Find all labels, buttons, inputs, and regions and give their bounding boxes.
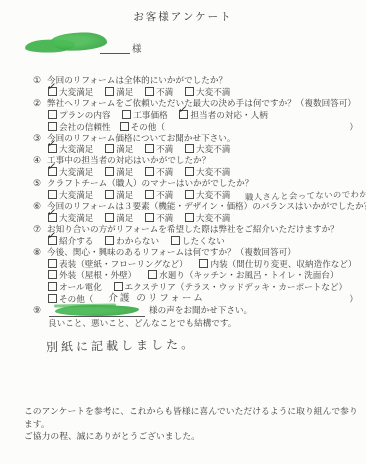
- option: 大変満足: [48, 145, 93, 155]
- question-number: ⑥: [33, 202, 47, 213]
- name-honorific: 様: [132, 41, 142, 55]
- options-row: 大変満足 満足 不満 大変不満 職人さんと会ってないのでわかりません: [48, 190, 366, 202]
- scanned-survey-sheet: お客様アンケート 様 ①今回のリフォームは全体的にいかがでしたか？ 大変満足 満…: [0, 0, 366, 464]
- checkbox: [105, 236, 114, 245]
- closing-message: このアンケートを参考に、これからも皆様に喜んでいただけるように取り組んで参ります…: [24, 406, 360, 444]
- question-number: ⑤: [33, 179, 47, 190]
- option-label: 不満: [156, 191, 173, 201]
- checkbox: [48, 213, 57, 222]
- checkbox: [105, 213, 114, 222]
- question-text: 様の声をお聞かせ下さい。: [149, 306, 252, 317]
- checkbox: [148, 270, 157, 279]
- respondent-name-redaction: [55, 305, 139, 317]
- option-label: 不満: [156, 168, 173, 178]
- option-label: 紹介する: [59, 237, 93, 247]
- question-subtext: 良いこと、悪いこと、どんなことでも結構です。: [48, 319, 366, 330]
- question-text: 今回のリフォーム価格についてお聞かせ下さい。: [47, 134, 235, 144]
- option-label: 満足: [116, 88, 133, 98]
- option: 大変満足: [48, 168, 93, 178]
- name-underline: [49, 316, 145, 317]
- checkbox: [145, 87, 154, 96]
- redaction-blob: [51, 32, 108, 52]
- options-row: 大変満足 満足 不満 大変不満: [48, 144, 366, 156]
- option: 不満: [145, 145, 173, 155]
- option-label: 不満: [156, 145, 173, 155]
- option-label: 満足: [116, 214, 133, 224]
- checkbox: [48, 270, 57, 279]
- question-number: ⑧: [33, 248, 47, 259]
- question-number: ④: [33, 156, 47, 167]
- question-text: 今後、関心・興味のあるリフォームは何ですか？（複数回答可）: [47, 248, 296, 258]
- option: 満足: [105, 88, 133, 98]
- option: 不満: [145, 214, 173, 224]
- options-row: 大変満足 満足 不満 大変不満: [48, 213, 366, 225]
- question-number: ⑦: [33, 225, 47, 236]
- option-label: 不満: [156, 214, 173, 224]
- options-row: 外装（屋根・外壁） 水廻り（キッチン・お風呂・トイレ・洗面台）: [48, 270, 366, 282]
- checkbox: [185, 87, 194, 96]
- checkbox: [105, 190, 114, 199]
- checkbox: [145, 190, 154, 199]
- option: 不満: [145, 88, 173, 98]
- option: 大変不満: [185, 191, 230, 201]
- option: 満足: [105, 168, 133, 178]
- option-label: 内装（間仕切り変更、収納造作など）: [210, 260, 356, 270]
- option-label: 担当者の対応・人柄: [190, 111, 267, 121]
- option: 満足: [105, 214, 133, 224]
- checkbox: [185, 190, 194, 199]
- other-close-paren: ）: [349, 295, 358, 306]
- option-label: 大変不満: [196, 214, 230, 224]
- checkbox: [48, 87, 57, 96]
- question-4: ④工事中の担当者の対応はいかがでしたか？ 大変満足 満足 不満 大変不満: [0, 156, 366, 179]
- customer-name-line: 様: [0, 24, 366, 76]
- checkbox: [48, 167, 57, 176]
- checkbox: [145, 144, 154, 153]
- option-label: 大変不満: [196, 191, 230, 201]
- question-text: クラフトチーム（職人）のマナーはいかがでしたか？: [47, 179, 253, 189]
- option: その他（: [120, 122, 165, 134]
- option-label: 満足: [116, 145, 133, 155]
- option-label: 満足: [116, 168, 133, 178]
- option: 満足: [105, 191, 133, 201]
- option-label: プランの内容: [59, 111, 111, 121]
- option: 表装（壁紙・フローリングなど）: [48, 260, 188, 270]
- handwritten-other-value: 介護 のリフォーム: [108, 294, 205, 305]
- option-label: 不満: [156, 88, 173, 98]
- name-underline: [100, 53, 130, 54]
- options-row: 会社の信頼性 その他（ ）: [48, 122, 358, 134]
- question-number: ①: [33, 76, 47, 87]
- question-9: ⑨ 様の声をお聞かせ下さい。 良いこと、悪いこと、どんなことでも結構です。 別紙…: [0, 306, 366, 350]
- handwritten-note: 職人さんと会ってないのでわかりません: [245, 188, 366, 203]
- options-row: プランの内容 工事価格 担当者の対応・人柄: [48, 110, 366, 122]
- option-label: 工事価格: [133, 111, 167, 121]
- question-6: ⑥今回のリフォームは３要素（機能・デザイン・価格）のバランスはいかがでしたか？ …: [0, 202, 366, 225]
- checkbox: [48, 122, 57, 131]
- option: 会社の信頼性: [48, 122, 111, 134]
- option: 大変満足: [48, 191, 93, 201]
- option: 工事価格: [122, 111, 167, 121]
- option-label: 大変満足: [59, 168, 93, 178]
- option: 内装（間仕切り変更、収納造作など）: [199, 260, 356, 270]
- checkbox: [48, 190, 57, 199]
- question-3: ③今回のリフォーム価格についてお聞かせ下さい。 大変満足 満足 不満 大変不満: [0, 134, 366, 157]
- option: オール電化: [48, 283, 102, 293]
- checkbox: [185, 213, 194, 222]
- checkbox: [48, 110, 57, 119]
- option-label: わからない: [116, 237, 159, 247]
- checkbox: [48, 236, 57, 245]
- checkbox: [120, 122, 129, 131]
- option-label: 大変満足: [59, 191, 93, 201]
- option: 大変不満: [185, 214, 230, 224]
- options-row: 大変満足 満足 不満 大変不満: [48, 87, 366, 99]
- option: 大変不満: [185, 88, 230, 98]
- option-label: エクステリア（テラス・ウッドデッキ・カーポートなど）: [125, 283, 348, 293]
- question-text: 今回のリフォームは全体的にいかがでしたか？: [47, 76, 227, 86]
- question-number: ⑨: [33, 306, 47, 317]
- checkbox: [105, 144, 114, 153]
- options-row: オール電化 エクステリア（テラス・ウッドデッキ・カーポートなど）: [48, 282, 366, 294]
- checkbox: [48, 144, 57, 153]
- options-row: 表装（壁紙・フローリングなど） 内装（間仕切り変更、収納造作など）: [48, 259, 366, 271]
- option: 不満: [145, 168, 173, 178]
- handwritten-answer: 別紙に記載しました。: [46, 336, 366, 354]
- option: 大変満足: [48, 88, 93, 98]
- option-label: したくない: [182, 237, 225, 247]
- option-label: 表装（壁紙・フローリングなど）: [59, 260, 188, 270]
- option: わからない: [105, 237, 159, 247]
- question-text: 今回のリフォームは３要素（機能・デザイン・価格）のバランスはいかがでしたか？: [47, 202, 366, 212]
- survey-title: お客様アンケート: [0, 0, 366, 24]
- other-close-paren: ）: [349, 123, 358, 134]
- option: 外装（屋根・外壁）: [48, 271, 136, 281]
- question-8: ⑧今後、関心・興味のあるリフォームは何ですか？（複数回答可） 表装（壁紙・フロー…: [0, 248, 366, 307]
- checkbox: [114, 282, 123, 291]
- option-label: 大変不満: [196, 145, 230, 155]
- option: プランの内容: [48, 111, 111, 121]
- option: 大変不満: [185, 168, 230, 178]
- question-list: ①今回のリフォームは全体的にいかがでしたか？ 大変満足 満足 不満 大変不満 ②…: [0, 76, 366, 350]
- question-number: ③: [33, 134, 47, 145]
- option-label: 大変満足: [59, 145, 93, 155]
- option-label: 大変満足: [59, 214, 93, 224]
- question-5: ⑤クラフトチーム（職人）のマナーはいかがでしたか？ 大変満足 満足 不満 大変不…: [0, 179, 366, 202]
- checkbox: [122, 110, 131, 119]
- question-number: ②: [33, 99, 47, 110]
- checkbox: [185, 144, 194, 153]
- checkbox: [48, 282, 57, 291]
- question-1: ①今回のリフォームは全体的にいかがでしたか？ 大変満足 満足 不満 大変不満: [0, 76, 366, 99]
- question-text: 工事中の担当者の対応はいかがでしたか？: [47, 156, 210, 166]
- option: エクステリア（テラス・ウッドデッキ・カーポートなど）: [114, 283, 348, 293]
- question-2: ②弊社へリフォームをご依頼いただいた最大の決め手は何ですか？（複数回答可） プラ…: [0, 99, 366, 134]
- question-text: お知り合いの方がリフォームを希望した際は弊社をご紹介いただけますか？: [47, 225, 339, 235]
- option: 不満: [145, 191, 173, 201]
- option-label: オール電化: [59, 283, 102, 293]
- checkbox: [48, 294, 57, 303]
- checkbox: [145, 213, 154, 222]
- checkbox: [171, 236, 180, 245]
- question-text: 弊社へリフォームをご依頼いただいた最大の決め手は何ですか？（複数回答可）: [47, 99, 356, 109]
- checkbox: [105, 167, 114, 176]
- option: 水廻り（キッチン・お風呂・トイレ・洗面台）: [148, 271, 338, 281]
- option-label: 大変不満: [196, 88, 230, 98]
- closing-message-line2: ご協力の程、誠にありがとうございました。: [24, 431, 360, 444]
- option-label: 大変不満: [196, 168, 230, 178]
- closing-message-line1: このアンケートを参考に、これからも皆様に喜んでいただけるように取り組んで参ります…: [24, 406, 360, 431]
- options-row: 紹介する わからない したくない: [48, 236, 366, 248]
- option-label: 大変満足: [59, 88, 93, 98]
- checkbox: [145, 167, 154, 176]
- option: 大変満足: [48, 214, 93, 224]
- option-label: 外装（屋根・外壁）: [59, 271, 136, 281]
- checkbox: [179, 110, 188, 119]
- checkbox: [48, 259, 57, 268]
- checkbox: [185, 167, 194, 176]
- option-label: 会社の信頼性: [59, 123, 111, 133]
- checkbox: [105, 87, 114, 96]
- option-label: その他（: [131, 123, 165, 133]
- option: 満足: [105, 145, 133, 155]
- options-row: 大変満足 満足 不満 大変不満: [48, 167, 366, 179]
- option: 大変不満: [185, 145, 230, 155]
- option: 紹介する: [48, 237, 93, 247]
- checkbox: [199, 259, 208, 268]
- option-label: 水廻り（キッチン・お風呂・トイレ・洗面台）: [159, 271, 338, 281]
- customer-name-redaction: [25, 31, 108, 56]
- option-label: 満足: [116, 191, 133, 201]
- question-7: ⑦お知り合いの方がリフォームを希望した際は弊社をご紹介いただけますか？ 紹介する…: [0, 225, 366, 248]
- option: 担当者の対応・人柄: [179, 111, 267, 121]
- option: したくない: [171, 237, 225, 247]
